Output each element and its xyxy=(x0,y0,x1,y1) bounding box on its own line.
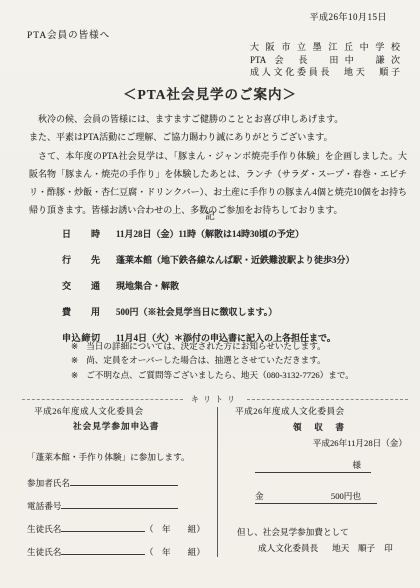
field-label: 生徒氏名 xyxy=(27,546,61,558)
detail-row-datetime: 日 時 11月28日（金）11時（解散は14時30頃の予定） xyxy=(62,227,408,240)
record-mark: 記 xyxy=(0,208,420,222)
form-divider xyxy=(217,407,218,557)
sender-committee-chair: 成人文化委員長 地天 順子 xyxy=(250,66,400,79)
letter-date: 平成26年10月15日 xyxy=(309,10,387,23)
cut-line-dash-right xyxy=(247,399,408,400)
note-marker: ※ xyxy=(71,353,78,367)
cut-line: キリトリ xyxy=(22,394,408,405)
note-marker: ※ xyxy=(71,368,78,382)
notes-list: ※ 当日の詳細については、決定された方にお知らせいたします。 ※ 尚、定員をオー… xyxy=(71,339,408,382)
sender-block: 大 阪 市 立 墨 江 丘 中 学 校 PTA 会 長 田中 謙次 成人文化委員… xyxy=(250,41,400,79)
field-student-name-1: 生徒氏名 （ 年 組） xyxy=(27,523,205,532)
field-suffix: （ 年 組） xyxy=(145,523,205,535)
note-text: 尚、定員をオーバーした場合は、抽選とさせていただきます。 xyxy=(86,353,326,367)
note-text: 当日の詳細については、決定された方にお知らせいたします。 xyxy=(86,339,326,353)
note-item-2: ※ 尚、定員をオーバーした場合は、抽選とさせていただきます。 xyxy=(71,353,408,367)
blank-fill-line xyxy=(61,546,144,555)
body-paragraph-1: 秋冷の候、会員の皆様には、ますますご健勝のこととお喜び申しあげます。 xyxy=(29,110,407,128)
receipt-title: 領 収 書 xyxy=(228,421,411,433)
field-participant-name: 参加者氏名 xyxy=(27,477,178,486)
receipt-date: 平成26年11月28日（金） xyxy=(228,437,411,449)
note-marker: ※ xyxy=(71,339,78,353)
detail-value: 500円（※社会見学当日に徴収します。） xyxy=(116,305,277,318)
application-form-header: 平成26年度成人文化委員会 xyxy=(34,405,211,417)
cut-line-dash-left xyxy=(22,399,183,400)
field-label: 生徒氏名 xyxy=(27,523,61,535)
note-item-3: ※ ご不明な点、ご質問等ございましたら、地天（080-3132-7726）まで。 xyxy=(71,368,408,382)
receipt-signer-line: 成人文化委員長地天 順子印 xyxy=(258,542,411,554)
sender-pta-chair: PTA 会 長 田中 謙次 xyxy=(250,54,400,67)
receipt-amount-row: 金 500円也 xyxy=(255,490,411,504)
receipt-amount-value: 500円也 xyxy=(331,490,361,502)
application-form-statement: 「蓬莱本館・手作り体験」に参加します。 xyxy=(27,451,211,463)
detail-row-transport: 交 通 現地集合・解散 xyxy=(62,279,408,292)
detail-label: 費 用 xyxy=(62,305,100,318)
receipt-payee-honorific: 様 xyxy=(352,459,361,471)
detail-row-fee: 費 用 500円（※社会見学当日に徴収します。） xyxy=(62,305,408,318)
sender-school: 大 阪 市 立 墨 江 丘 中 学 校 xyxy=(250,41,400,54)
scanned-pta-notice-page: 平成26年10月15日 PTA会員の皆様へ 大 阪 市 立 墨 江 丘 中 学 … xyxy=(0,0,420,588)
application-form-title: 社会見学参加申込書 xyxy=(73,420,211,432)
receipt-signer-name: 地天 順子 xyxy=(332,543,375,553)
note-text: ご不明な点、ご質問等ございましたら、地天（080-3132-7726）まで。 xyxy=(86,368,354,382)
document-title: ＜PTA社会見学のご案内＞ xyxy=(0,83,420,103)
body-paragraph-2: また、平素はPTA活動にご理解、ご協力賜わり誠にありがとうございます。 xyxy=(29,128,407,146)
receipt-payee-row: 様 xyxy=(255,459,411,473)
detail-label: 日 時 xyxy=(62,227,100,240)
field-suffix: （ 年 組） xyxy=(145,546,205,558)
application-form: 平成26年度成人文化委員会 社会見学参加申込書 「蓬莱本館・手作り体験」に参加し… xyxy=(27,405,211,555)
receipt-proviso: 但し、社会見学参加費として xyxy=(237,526,411,538)
note-item-1: ※ 当日の詳細については、決定された方にお知らせいたします。 xyxy=(71,339,408,353)
field-label: 電話番号 xyxy=(27,500,61,512)
details-list: 日 時 11月28日（金）11時（解散は14時30頃の予定） 行 先 蓬莱本館（… xyxy=(62,227,408,357)
field-phone-number: 電話番号 xyxy=(27,500,178,509)
blank-fill-line xyxy=(61,500,178,509)
detail-label: 交 通 xyxy=(62,279,100,292)
receipt-signer-title: 成人文化委員長 xyxy=(258,543,318,553)
receipt-header: 平成26年度成人文化委員会 xyxy=(235,405,411,417)
receipt-payee-line: 様 xyxy=(255,459,371,473)
detail-value: 現地集合・解散 xyxy=(116,279,179,292)
detail-label: 行 先 xyxy=(62,253,100,266)
field-student-name-2: 生徒氏名 （ 年 組） xyxy=(27,546,205,555)
blank-fill-line xyxy=(61,523,144,532)
receipt-amount-label: 金 xyxy=(255,490,264,502)
receipt-seal-mark: 印 xyxy=(384,543,393,553)
receipt-amount-line: 金 500円也 xyxy=(255,490,377,504)
recipient-line: PTA会員の皆様へ xyxy=(27,27,110,41)
receipt-form: 平成26年度成人文化委員会 領 収 書 平成26年11月28日（金） 様 金 5… xyxy=(228,405,411,554)
field-label: 参加者氏名 xyxy=(27,477,70,489)
detail-value: 蓬莱本館（地下鉄各線なんば駅・近鉄難波駅より徒歩3分） xyxy=(116,253,355,266)
blank-fill-line xyxy=(70,477,178,486)
detail-row-destination: 行 先 蓬莱本館（地下鉄各線なんば駅・近鉄難波駅より徒歩3分） xyxy=(62,253,408,266)
letter-body: 秋冷の候、会員の皆様には、ますますご健勝のこととお喜び申しあげます。 また、平素… xyxy=(29,110,407,220)
detail-value: 11月28日（金）11時（解散は14時30頃の予定） xyxy=(116,227,304,240)
cut-line-label: キリトリ xyxy=(183,394,247,405)
